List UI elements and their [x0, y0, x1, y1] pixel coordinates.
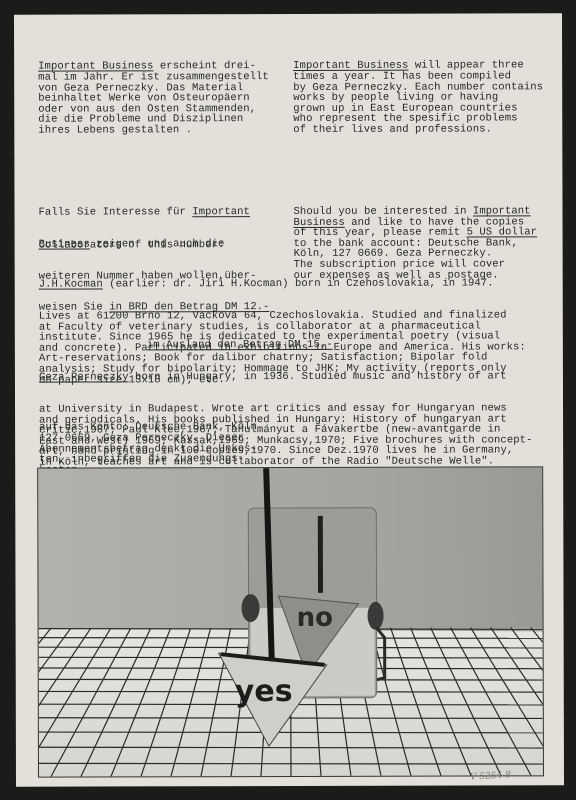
english-intro: Important Business will appear threetime… — [293, 39, 563, 156]
collaborators-heading: Collaborators of this number: — [39, 239, 559, 251]
bio-name-perneczky: Geza Perneczky — [39, 372, 129, 384]
yes-label: yes — [235, 674, 293, 709]
german-intro: Important Business erscheint drei-mal im… — [38, 40, 288, 157]
catalog-number: V 5254-8 — [470, 770, 512, 782]
german-intro-line: ihres Lebens gestalten . — [38, 125, 288, 136]
english-intro-line: of their lives and professions. — [293, 124, 563, 135]
bio-name-kocman: J.H.Kocman — [39, 279, 103, 291]
yes-no-photograph: no yes — [37, 466, 544, 777]
document-page: Important Business erscheint drei-mal im… — [14, 13, 564, 786]
german-subscribe-line-1: Falls Sie Interesse für Important — [38, 207, 288, 218]
no-label: no — [297, 603, 333, 633]
